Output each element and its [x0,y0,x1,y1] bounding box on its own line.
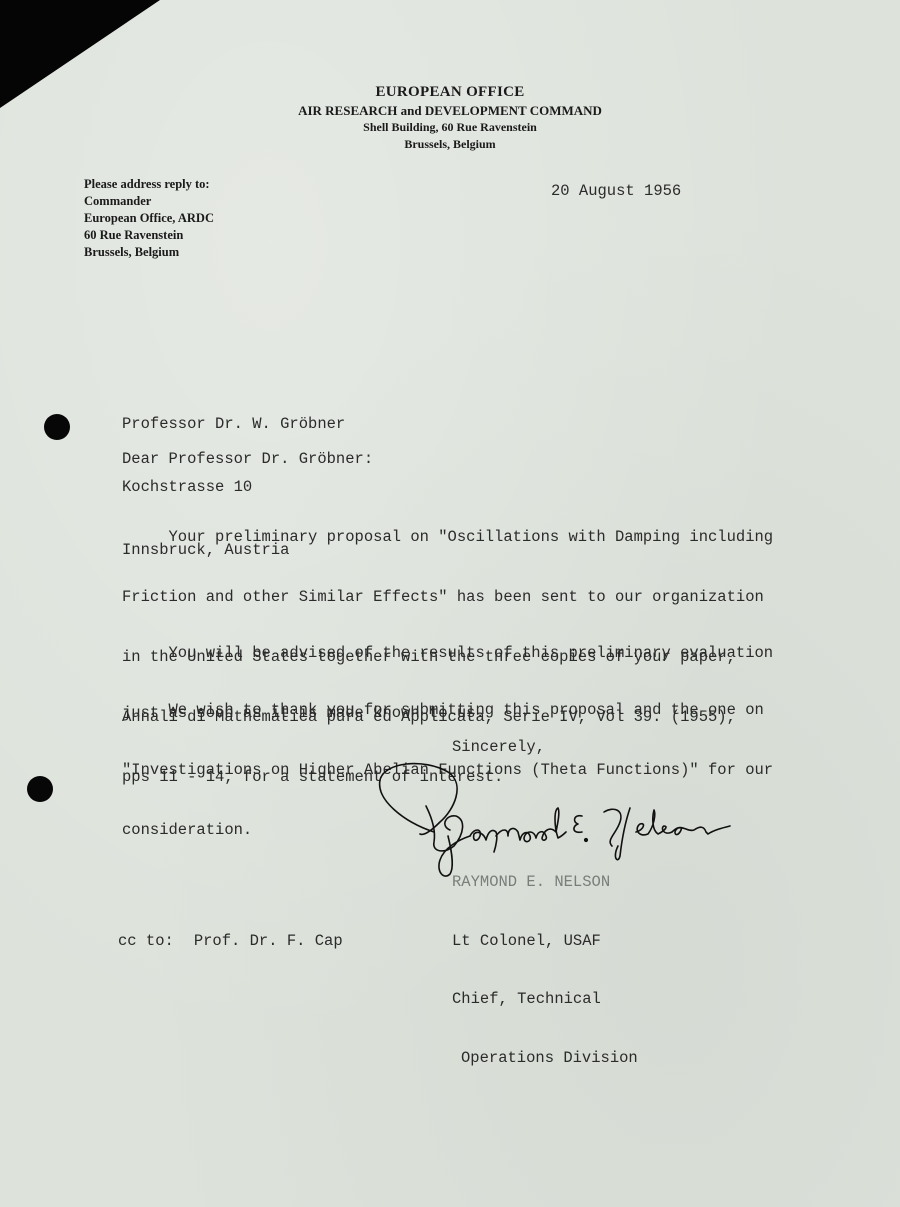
signatory-title: Operations Division [452,1049,638,1069]
reply-line: European Office, ARDC [84,210,214,227]
recipient-line: Professor Dr. W. Gröbner [122,414,345,435]
reply-address-block: Please address reply to: Commander Europ… [84,176,214,261]
salutation: Dear Professor Dr. Gröbner: [122,450,373,468]
letterhead-city: Brussels, Belgium [250,136,650,153]
closing: Sincerely, [452,738,545,756]
scan-corner-background [0,0,160,108]
punch-hole [27,776,53,802]
punch-hole [44,414,70,440]
signatory-title: Chief, Technical [452,990,638,1010]
letterhead-building: Shell Building, 60 Rue Ravenstein [250,119,650,136]
signatory-name: RAYMOND E. NELSON [452,873,638,893]
letterhead-organization: EUROPEAN OFFICE [250,83,650,102]
reply-line: 60 Rue Ravenstein [84,227,214,244]
reply-label: Please address reply to: [84,176,214,193]
cc-recipient: Prof. Dr. F. Cap [194,932,343,950]
signature-block: RAYMOND E. NELSON Lt Colonel, USAF Chief… [452,834,638,1088]
carbon-copy-line: cc to:Prof. Dr. F. Cap [118,932,343,950]
reply-line: Brussels, Belgium [84,244,214,261]
paragraph-line: We wish to thank you for submitting this… [122,700,773,720]
cc-label: cc to: [118,932,174,950]
paragraph-line: Your preliminary proposal on "Oscillatio… [122,527,773,547]
reply-line: Commander [84,193,214,210]
letterhead-command: AIR RESEARCH and DEVELOPMENT COMMAND [250,102,650,119]
letter-date: 20 August 1956 [551,182,681,200]
signatory-rank: Lt Colonel, USAF [452,932,638,952]
letterhead: EUROPEAN OFFICE AIR RESEARCH and DEVELOP… [250,83,650,153]
